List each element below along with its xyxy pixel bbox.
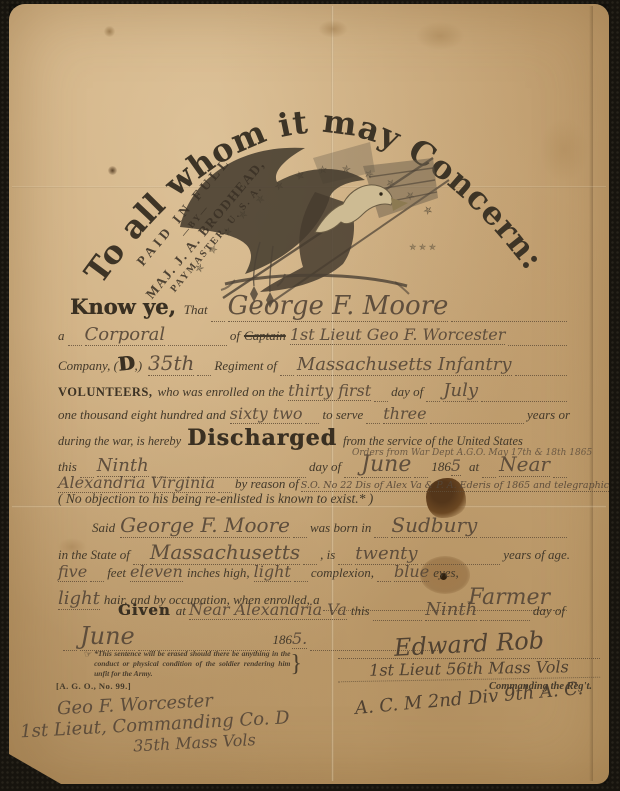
handwritten-inches: eleven: [130, 562, 183, 582]
handwritten-enroll-month: July: [443, 380, 478, 402]
printed-discharged: Discharged: [187, 425, 337, 451]
handwritten-enroll-year: sixty two: [230, 404, 303, 424]
printed-that: That: [184, 302, 208, 318]
dotted-rule: [480, 599, 530, 621]
dotted-rule: [218, 473, 232, 493]
dotted-rule: [294, 562, 308, 582]
handwritten-hair: light: [58, 588, 100, 610]
printed-is: , is: [320, 547, 335, 563]
handwritten-year-digit: 5.: [292, 629, 307, 649]
handwritten-given-place: Near Alexandria Va: [189, 600, 347, 620]
printed-born-in: was born in: [310, 520, 371, 536]
signature-rule: Edward Rob: [338, 630, 600, 659]
printed-to-serve: to serve: [322, 407, 363, 423]
company-letter-stamp: D: [117, 352, 136, 376]
handwritten-signature-right: Edward Rob: [393, 626, 544, 662]
ago-form-number: [A. G. O., No. 99.]: [56, 681, 131, 691]
dotted-rule: [90, 562, 104, 582]
printed-year-prefix: 186: [273, 632, 293, 648]
pointing-hand-icon: ☞: [84, 649, 92, 679]
handwritten-term: three: [383, 404, 426, 424]
printed-eyes: eyes,: [433, 565, 459, 581]
handwritten-regiment-number: 35th: [148, 351, 194, 376]
dotted-rule: [374, 380, 388, 402]
footnote-brace: }: [290, 652, 302, 676]
handwritten-birthplace: Sudbury: [391, 513, 477, 538]
dotted-rule: [63, 622, 77, 651]
dotted-rule: [293, 513, 307, 538]
dotted-rule: [168, 324, 227, 346]
handwritten-soldier-name: George F. Moore: [228, 291, 449, 322]
dotted-rule: [374, 513, 388, 538]
printed-day-of: day of: [391, 384, 423, 400]
photo-of-discharge-certificate: To all whom it may Concern: ✯ ✯ ✯ ✯ ✯ ✯ …: [0, 0, 620, 791]
printed-complexion: complexion,: [311, 565, 374, 581]
form-line-description: five feet eleven inches high, light comp…: [58, 562, 570, 582]
handwritten-orders-note: Orders from War Dept A.G.O. May 17th & 1…: [352, 448, 592, 458]
handwritten-enroll-day: thirty first: [288, 381, 371, 401]
form-line-enrollment: VOLUNTEERS, who was enrolled on the thir…: [58, 380, 570, 402]
printed-this: this: [351, 603, 370, 619]
handwritten-given-month: June: [80, 622, 135, 651]
dotted-rule: [515, 351, 567, 376]
handwritten-said-name: George F. Moore: [120, 513, 290, 538]
printed-volunteers: VOLUNTEERS,: [58, 385, 153, 400]
handwritten-rank: Corporal: [85, 324, 166, 346]
handwritten-complexion: light: [254, 562, 291, 582]
dotted-rule: [451, 291, 567, 322]
printed-no-objection: ( No objection to his being re-enlisted …: [58, 491, 373, 507]
printed-during: during the war, is hereby: [58, 434, 181, 449]
printed-years-of-age: years of age.: [503, 547, 570, 563]
footnote-text: *This sentence will be erased should the…: [94, 649, 290, 679]
dotted-rule: [508, 324, 567, 346]
form-line-no-objection: ( No objection to his being re-enlisted …: [58, 491, 570, 507]
handwritten-place-alexandria: Alexandria Virginia: [58, 473, 215, 493]
dotted-rule: [481, 380, 567, 402]
dotted-rule: [280, 351, 294, 376]
printed-enrolled: who was enrolled on the: [158, 384, 285, 400]
printed-day-of: day of: [533, 603, 565, 619]
printed-captain-struck: Captain: [244, 328, 286, 344]
printed-years-or: years or: [527, 407, 570, 423]
handwritten-given-day: Ninth: [425, 599, 477, 621]
erasure-footnote: ☞ *This sentence will be erased should t…: [84, 649, 302, 679]
handwritten-eyes: blue: [394, 562, 429, 582]
printed-state: in the State of: [58, 547, 130, 563]
dotted-rule: [377, 562, 391, 582]
handwritten-officer: 1st Lieut Geo F. Worcester: [290, 325, 506, 345]
form-line-know-ye: Know ye, That George F. Moore: [70, 291, 570, 322]
dotted-rule: [430, 404, 524, 424]
handwritten-regiment-name: Massachusetts Infantry: [297, 354, 512, 376]
commanding-officer-signature-block: Edward Rob 1st Lieut 56th Mass Vols Comm…: [338, 630, 600, 709]
dotted-rule: [480, 513, 567, 538]
printed-of: of: [230, 328, 240, 344]
dotted-rule: [305, 404, 319, 424]
dotted-rule: [366, 404, 380, 424]
dotted-rule: [426, 380, 440, 402]
dotted-rule: [197, 351, 211, 376]
dotted-rule: [68, 324, 82, 346]
printed-company: Company, (: [58, 358, 118, 374]
printed-company-close: ,): [134, 358, 142, 374]
form-line-given: Given at Near Alexandria Va this Ninth d…: [118, 599, 565, 621]
form-line-born: Said George F. Moore was born in Sudbury: [92, 513, 570, 538]
dotted-rule: [373, 599, 423, 621]
form-line-rank: a Corporal of Captain 1st Lieut Geo F. W…: [58, 324, 570, 346]
handwritten-feet: five: [58, 562, 87, 582]
printed-a: a: [58, 328, 65, 344]
form-line-year-term: one thousand eight hundred and sixty two…: [58, 404, 570, 424]
printed-regiment-of: Regiment of: [214, 358, 276, 374]
printed-inches-high: inches high,: [187, 565, 250, 581]
printed-feet: feet: [107, 565, 126, 581]
form-line-company: Company, ( D ,) 35th Regiment of Massach…: [58, 351, 570, 376]
printed-said: Said: [92, 520, 115, 536]
printed-from-service: from the service of the United States: [343, 434, 523, 449]
printed-by-reason: by reason of: [235, 476, 299, 492]
printed-at: at: [176, 603, 186, 619]
dotted-rule: [211, 291, 225, 322]
dotted-rule: [138, 622, 270, 651]
form-line-reason: Alexandria Virginia by reason of S.O. No…: [58, 473, 570, 493]
printed-know-ye: Know ye,: [70, 294, 176, 319]
printed-year: one thousand eight hundred and: [58, 407, 226, 423]
handwritten-signature-right-title: 1st Lieut 56th Mass Vols: [338, 657, 600, 683]
printed-given: Given: [118, 601, 171, 619]
